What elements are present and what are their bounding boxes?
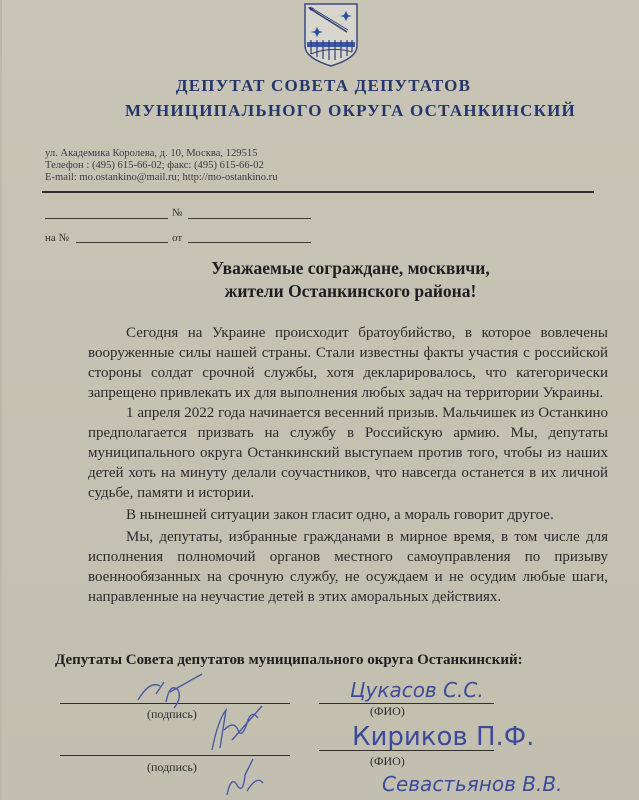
- letterhead-contacts: ул. Академика Королева, д. 10, Москва, 1…: [45, 148, 278, 184]
- paragraph-2: 1 апреля 2022 года начинается весенний п…: [88, 403, 608, 503]
- paragraph-3: В нынешней ситуации закон гласит одно, а…: [88, 505, 608, 525]
- phone-fax: Телефон : (495) 615-66-02; факс: (495) 6…: [45, 160, 278, 172]
- signature-caption-2: (подпись): [147, 760, 197, 775]
- letterhead-title-line1: ДЕПУТАТ СОВЕТА ДЕПУТАТОВ: [2, 76, 639, 96]
- signature-scribble-3: [217, 755, 277, 800]
- greeting-line2: жители Останкинского района!: [2, 280, 639, 302]
- name-caption-1: (ФИО): [370, 704, 405, 719]
- from-label: от: [172, 232, 182, 244]
- paragraph-4: Мы, депутаты, избранные гражданами в мир…: [88, 527, 608, 607]
- letter-body: Сегодня на Украине происходит братоубийс…: [88, 323, 608, 607]
- signatures-heading: Депутаты Совета депутатов муниципального…: [55, 652, 523, 669]
- outgoing-number-line: [188, 218, 311, 219]
- reply-number-label: на №: [45, 232, 69, 244]
- letter-page: ДЕПУТАТ СОВЕТА ДЕПУТАТОВ МУНИЦИПАЛЬНОГО …: [2, 0, 639, 800]
- reply-date-line: [188, 242, 311, 243]
- handwritten-name-2: Кириков П.Ф.: [352, 722, 534, 752]
- address: ул. Академика Королева, д. 10, Москва, 1…: [45, 148, 278, 160]
- name-caption-2: (ФИО): [370, 754, 405, 769]
- handwritten-name-1: Цукасов С.С.: [350, 678, 484, 702]
- greeting-line1: Уважаемые сограждане, москвичи,: [2, 257, 639, 279]
- paragraph-1: Сегодня на Украине происходит братоубийс…: [88, 323, 608, 403]
- letterhead-divider: [42, 191, 594, 193]
- signature-scribble-2: [202, 700, 272, 755]
- number-label: №: [172, 207, 183, 219]
- reply-number-line: [76, 242, 168, 243]
- handwritten-name-3: Севастьянов В.В.: [382, 772, 562, 796]
- outgoing-date-line: [45, 218, 168, 219]
- email-website: E-mail: mo.ostankino@mail.ru; http://mo-…: [45, 172, 278, 184]
- letterhead-title-line2: МУНИЦИПАЛЬНОГО ОКРУГА ОСТАНКИНСКИЙ: [2, 101, 639, 121]
- name-line-1: [319, 703, 494, 704]
- coat-of-arms-icon: [295, 2, 367, 68]
